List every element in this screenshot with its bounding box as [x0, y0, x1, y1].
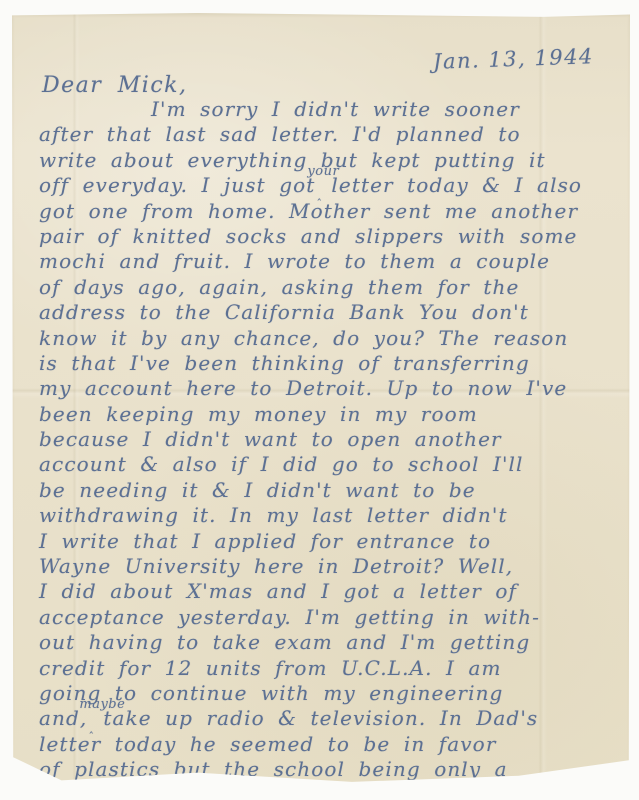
line-text: off everyday. I just got: [39, 173, 315, 197]
letter-line: got one from home. Mother sent me anothe…: [39, 199, 616, 224]
letter-line: of days ago, again, asking them for the: [39, 275, 616, 300]
line-text: letter today & I also: [331, 173, 582, 197]
inserted-word: maybe: [79, 692, 125, 717]
line-text: because I didn't want to open another: [39, 427, 502, 451]
line-text: my account here to Detroit. Up to now I'…: [39, 376, 567, 400]
letter-line: acceptance yesterday. I'm getting in wit…: [39, 605, 616, 630]
letter-line: out having to take exam and I'm getting: [39, 630, 616, 655]
letter-line: I write that I applied for entrance to: [39, 529, 616, 554]
line-text: account & also if I did go to school I'l…: [39, 452, 524, 476]
letter-salutation: Dear Mick,: [42, 73, 188, 98]
letter-line: pair of knitted socks and slippers with …: [39, 224, 616, 249]
line-text: mochi and fruit. I wrote to them a coupl…: [39, 249, 550, 273]
line-text: letter today he seemed to be in favor: [39, 732, 497, 756]
caret-mark: ‸: [89, 715, 94, 740]
scan-background: Jan. 13, 1944 Dear Mick, I'm sorry I did…: [0, 0, 639, 800]
line-text: take up radio & television. In Dad's: [103, 706, 538, 730]
line-text: pair of knitted socks and slippers with …: [39, 224, 578, 248]
line-text: got one from home. Mother sent me anothe…: [39, 199, 578, 223]
letter-line: I did about X'mas and I got a letter of: [39, 579, 616, 604]
letter-line: I'm sorry I didn't write sooner: [151, 97, 616, 122]
letter-line: mochi and fruit. I wrote to them a coupl…: [39, 249, 616, 274]
letter-line: going to continue with my engineering: [39, 681, 616, 706]
letter-line: and,‸maybetake up radio & television. In…: [39, 706, 616, 731]
caret-insertion: ‸maybe: [87, 707, 103, 725]
letter-date: Jan. 13, 1944: [433, 44, 595, 74]
letter-line: Wayne University here in Detroit? Well,: [39, 554, 616, 579]
letter-line: letter today he seemed to be in favor: [39, 732, 616, 757]
line-text: withdrawing it. In my last letter didn't: [39, 503, 508, 527]
letter-line: know it by any chance, do you? The reaso…: [39, 326, 616, 351]
line-text: Wayne University here in Detroit? Well,: [39, 554, 513, 578]
line-text: know it by any chance, do you? The reaso…: [39, 326, 568, 350]
line-text: of plastics but the school being only a: [39, 757, 508, 781]
letter-line: is that I've been thinking of transferri…: [39, 351, 616, 376]
line-text: of days ago, again, asking them for the: [39, 275, 519, 299]
letter-line: because I didn't want to open another: [39, 427, 616, 452]
letter-body: I'm sorry I didn't write soonerafter tha…: [39, 97, 616, 783]
caret-insertion: ‸your: [315, 174, 331, 192]
line-text: I write that I applied for entrance to: [39, 529, 491, 553]
caret-mark: ‸: [317, 182, 322, 207]
line-text: I'm sorry I didn't write sooner: [151, 97, 520, 121]
letter-line: of plastics but the school being only a: [39, 757, 616, 782]
inserted-word: your: [307, 159, 339, 184]
line-text: is that I've been thinking of transferri…: [39, 351, 530, 375]
line-text: after that last sad letter. I'd planned …: [39, 122, 521, 146]
line-text: acceptance yesterday. I'm getting in wit…: [39, 605, 540, 629]
line-text: be needing it & I didn't want to be: [39, 478, 476, 502]
line-text: credit for 12 units from U.C.L.A. I am: [39, 656, 502, 680]
letter-line: credit for 12 units from U.C.L.A. I am: [39, 656, 616, 681]
line-text: write about everything but kept putting …: [39, 148, 546, 172]
letter-paper: Jan. 13, 1944 Dear Mick, I'm sorry I did…: [12, 13, 630, 785]
letter-line: been keeping my money in my room: [39, 402, 616, 427]
letter-line: account & also if I did go to school I'l…: [39, 452, 616, 477]
letter-line: address to the California Bank You don't: [39, 300, 616, 325]
letter-line: after that last sad letter. I'd planned …: [39, 122, 616, 147]
letter-line: my account here to Detroit. Up to now I'…: [39, 376, 616, 401]
letter-line: be needing it & I didn't want to be: [39, 478, 616, 503]
line-text: address to the California Bank You don't: [39, 300, 529, 324]
line-text: I did about X'mas and I got a letter of: [39, 579, 517, 603]
letter-line: off everyday. I just got‸yourletter toda…: [39, 173, 616, 198]
letter-line: withdrawing it. In my last letter didn't: [39, 503, 616, 528]
line-text: out having to take exam and I'm getting: [39, 630, 530, 654]
line-text: been keeping my money in my room: [39, 402, 478, 426]
